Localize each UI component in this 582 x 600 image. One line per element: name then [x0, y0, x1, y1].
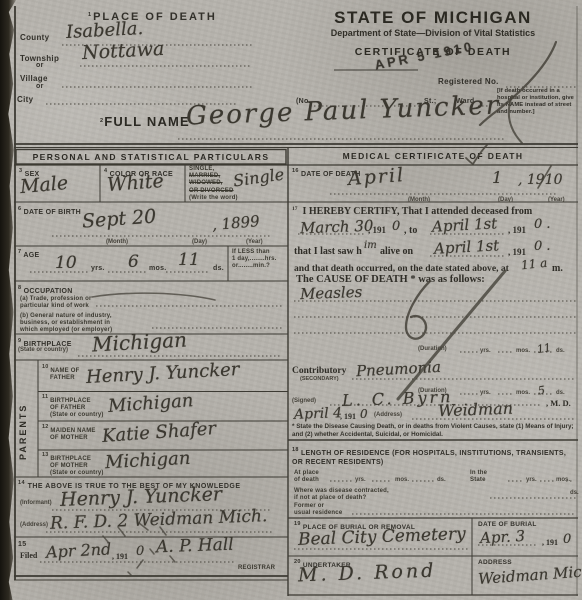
occupation-b-line1: (b) General nature of industry,: [20, 313, 112, 320]
cause-of-death-value: Measles: [300, 283, 363, 303]
registrar-signature: A. P. Hall: [156, 535, 234, 558]
father-birthplace-label: 11 BIRTHPLACE OF FATHER (State or countr…: [42, 394, 104, 420]
dob-day-hint: (Day): [192, 239, 207, 245]
age-months-label: mos.: [149, 265, 167, 272]
last-saw-line: that I last saw h: [294, 246, 362, 257]
father-bp-line1: BIRTHPLACE: [50, 398, 91, 404]
age-label: 7 AGE: [18, 249, 39, 259]
village-or-label: or: [36, 83, 44, 90]
in-state-line2: State: [470, 477, 487, 484]
mother-maiden-label: 12 MAIDEN NAME OF MOTHER: [42, 424, 96, 442]
attended-from-year-printed: , 191: [368, 225, 386, 235]
age-label-text: AGE: [23, 252, 39, 259]
certify-to-label: , to: [404, 225, 417, 236]
signed-label: (Signed): [292, 398, 316, 404]
occupation-label-text: OCCUPATION: [24, 288, 73, 295]
mother-bp-line2: OF MOTHER: [42, 463, 104, 470]
duration2-yrs-label: yrs.: [480, 390, 491, 396]
mother-birthplace-value: Michigan: [105, 448, 191, 473]
dod-month-hint: (Month): [408, 197, 430, 203]
mother-bp-line1: BIRTHPLACE: [50, 456, 91, 462]
informant-address-label: (Address): [20, 522, 48, 528]
at-place-line1: At place: [294, 470, 319, 477]
duration1-yrs-label: yrs.: [480, 348, 491, 354]
residence-label-text: LENGTH OF RESIDENCE (FOR HOSPITALS, INST…: [292, 450, 566, 466]
age-months-value: 6: [128, 252, 139, 272]
in-state-label: In the State: [470, 470, 487, 484]
occupation-a-label: (a) Trade, profession or particular kind…: [20, 296, 91, 310]
personal-section-title: PERSONAL AND STATISTICAL PARTICULARS: [16, 152, 286, 162]
field-number: 19: [294, 521, 301, 527]
death-hour-value: 11 a: [520, 256, 548, 273]
attended-to-value: April 1st: [432, 214, 498, 235]
contracted-line2: if not at place of death?: [294, 495, 389, 502]
age-years-value: 10: [55, 253, 77, 273]
field-number: 3: [19, 168, 22, 174]
color-race-value: White: [106, 170, 164, 196]
signed-address-label: (Address): [374, 412, 402, 418]
sex-value: Male: [19, 172, 69, 198]
state-title: STATE OF MICHIGAN: [290, 8, 576, 28]
father-label-line2: FATHER: [42, 375, 79, 382]
mother-label-line2: OF MOTHER: [42, 435, 96, 442]
res-ds2-label: ds.: [570, 490, 579, 496]
registrar-label: REGISTRAR: [238, 565, 275, 572]
contracted-line1: Where was disease contracted,: [294, 488, 389, 495]
field-number: 16: [292, 168, 299, 174]
duration1-mos-label: mos.: [516, 348, 530, 354]
duration1-value: 11: [536, 341, 552, 356]
marital-options: SINGLE, MARRIED, WIDOWED, OR DIVORCED (W…: [189, 166, 238, 202]
marital-opt-married: MARRIED,: [189, 173, 238, 180]
former-line1: Former or: [294, 503, 342, 510]
signed-year-printed: , 191: [340, 412, 356, 421]
at-place-label: At place of death: [294, 470, 319, 484]
filed-year-printed: , 191: [112, 552, 128, 561]
death-certificate: 1PLACE OF DEATH County Isabella. Townshi…: [0, 0, 582, 600]
former-line2: usual residence: [294, 510, 342, 517]
burial-year-printed: , 191: [542, 538, 558, 547]
mother-bp-hint: (State or country): [42, 470, 104, 477]
last-saw-year-printed: , 191: [508, 247, 526, 257]
occupation-label: 8 OCCUPATION: [18, 285, 73, 295]
hospital-note: [If death occurred in a hospital or inst…: [497, 88, 577, 116]
contracted-label: Where was disease contracted, if not at …: [294, 488, 389, 502]
burial-year-value: 0: [563, 532, 571, 547]
former-residence-label: Former or usual residence: [294, 503, 342, 517]
birthplace-value: Michigan: [91, 328, 187, 357]
age-less-than-note: If LESS than 1 day,........hrs. or......…: [232, 249, 277, 271]
contributory-label: Contributory: [292, 366, 346, 376]
field-number: 7: [18, 249, 21, 255]
dod-day-hint: (Day): [498, 197, 513, 203]
attended-to-year-value: 0 .: [534, 217, 551, 232]
at-place-line2: of death: [294, 477, 319, 484]
certify-line1-text: I HEREBY CERTIFY, That I attended deceas…: [303, 206, 533, 217]
res-yrs1-label: yrs.: [355, 477, 366, 483]
field-number: 13: [42, 452, 49, 458]
dod-month-value: April: [347, 164, 406, 190]
undertaker-address-label: ADDRESS: [478, 559, 512, 566]
attended-to-year-printed: , 191: [508, 225, 526, 235]
duration2-ds-label: ds.: [556, 390, 565, 396]
res-yrs2-label: yrs.: [526, 477, 537, 483]
marital-opt-single: SINGLE,: [189, 166, 238, 173]
residence-label: 18 LENGTH OF RESIDENCE (FOR HOSPITALS, I…: [292, 446, 574, 467]
field-number: 8: [18, 285, 21, 291]
last-saw-him-value: im: [364, 240, 377, 251]
signed-date-value: April 4: [294, 405, 343, 423]
field-number: 9: [18, 338, 21, 344]
marital-opt-divorced: OR DIVORCED: [189, 188, 238, 195]
department-line: Department of State—Division of Vital St…: [290, 28, 576, 38]
dob-year-hint: (Year): [246, 239, 263, 245]
occupation-b-line2: business, or establishment in: [20, 320, 112, 327]
md-label: , M. D.: [546, 398, 571, 408]
father-bp-hint: (State or country): [42, 412, 104, 419]
burial-date-value: Apr. 3: [480, 527, 526, 547]
age-years-label: yrs.: [91, 265, 105, 272]
dob-label-text: DATE OF BIRTH: [24, 209, 81, 216]
meridiem-label: m.: [552, 263, 563, 274]
death-occurred-line: and that death occurred, on the date sta…: [294, 263, 509, 274]
physician-address-value: Weidman: [438, 399, 514, 421]
signed-year-value: 0: [360, 407, 368, 421]
marital-opt-widowed: WIDOWED,: [189, 180, 238, 187]
cause-footnote: * State the Disease Causing Death, or in…: [292, 423, 574, 438]
township-or-label: or: [36, 62, 44, 69]
duration2-mos-label: mos.: [516, 390, 530, 396]
last-saw-date-value: April 1st: [434, 236, 500, 257]
father-bp-line2: OF FATHER: [42, 405, 104, 412]
duration1-ds-label: ds.: [556, 348, 565, 354]
alive-on-label: alive on: [380, 246, 413, 257]
age-days-label: ds.: [213, 265, 224, 272]
res-mos1-label: mos.: [395, 477, 409, 483]
field-number: 17: [292, 206, 298, 212]
medical-section-title: MEDICAL CERTIFICATE OF DEATH: [290, 151, 576, 161]
occupation-a-line2: particular kind of work: [20, 303, 91, 310]
last-saw-year-value: 0 .: [534, 239, 551, 254]
age-days-value: 11: [178, 250, 200, 270]
filed-number: 15: [18, 541, 26, 548]
attended-from-year-value: 0: [392, 219, 400, 234]
field-number: 14: [18, 480, 25, 486]
father-label-line1: NAME OF: [50, 368, 79, 374]
dob-label: 6 DATE OF BIRTH: [18, 206, 81, 216]
filed-date-value: Apr 2nd: [46, 539, 112, 561]
informant-label: (Informant): [20, 500, 52, 506]
field-number: 10: [42, 364, 49, 370]
dob-month-hint: (Month): [106, 239, 128, 245]
field-number: 11: [42, 394, 48, 400]
field-number: 6: [18, 206, 21, 212]
dod-day-value: 1: [492, 168, 502, 187]
duration1-label: (Duration): [418, 346, 447, 352]
village-label: Village: [20, 74, 48, 83]
contributory-secondary-label: (SECONDARY): [300, 376, 339, 382]
marital-hint: (Write the word): [189, 195, 238, 202]
full-name-label: 2FULL NAME: [100, 114, 190, 129]
in-state-line1: In the: [470, 470, 487, 477]
field-number: 12: [42, 424, 49, 430]
dod-year-hint: (Year): [548, 197, 565, 203]
township-value: Nottawa: [81, 38, 164, 64]
attended-from-value: March 30: [300, 217, 374, 238]
parents-vertical-label: PARENTS: [18, 378, 28, 460]
mother-label-line1: MAIDEN NAME: [50, 428, 95, 434]
mother-birthplace-label: 13 BIRTHPLACE OF MOTHER (State or countr…: [42, 452, 104, 478]
filed-label: Filed: [20, 551, 37, 560]
city-label: City: [17, 95, 33, 104]
occupation-a-line1: (a) Trade, profession or: [20, 296, 91, 303]
filed-year-value: 0: [136, 544, 144, 559]
age-less-line3: or........min.?: [232, 263, 277, 270]
county-label: County: [20, 33, 49, 42]
birthplace-hint: (State or country): [18, 347, 68, 353]
full-name-label-text: FULL NAME: [104, 114, 190, 129]
field-number: 18: [292, 447, 299, 453]
age-less-line2: 1 day,........hrs.: [232, 256, 277, 263]
age-less-line1: If LESS than: [232, 249, 277, 256]
res-ds1-label: ds.: [437, 477, 446, 483]
res-mos2-label: mos.: [556, 477, 570, 483]
father-name-label: 10 NAME OF FATHER: [42, 364, 79, 382]
registered-no-label: Registered No.: [438, 77, 499, 86]
dod-year-value: , 1910: [518, 172, 563, 188]
